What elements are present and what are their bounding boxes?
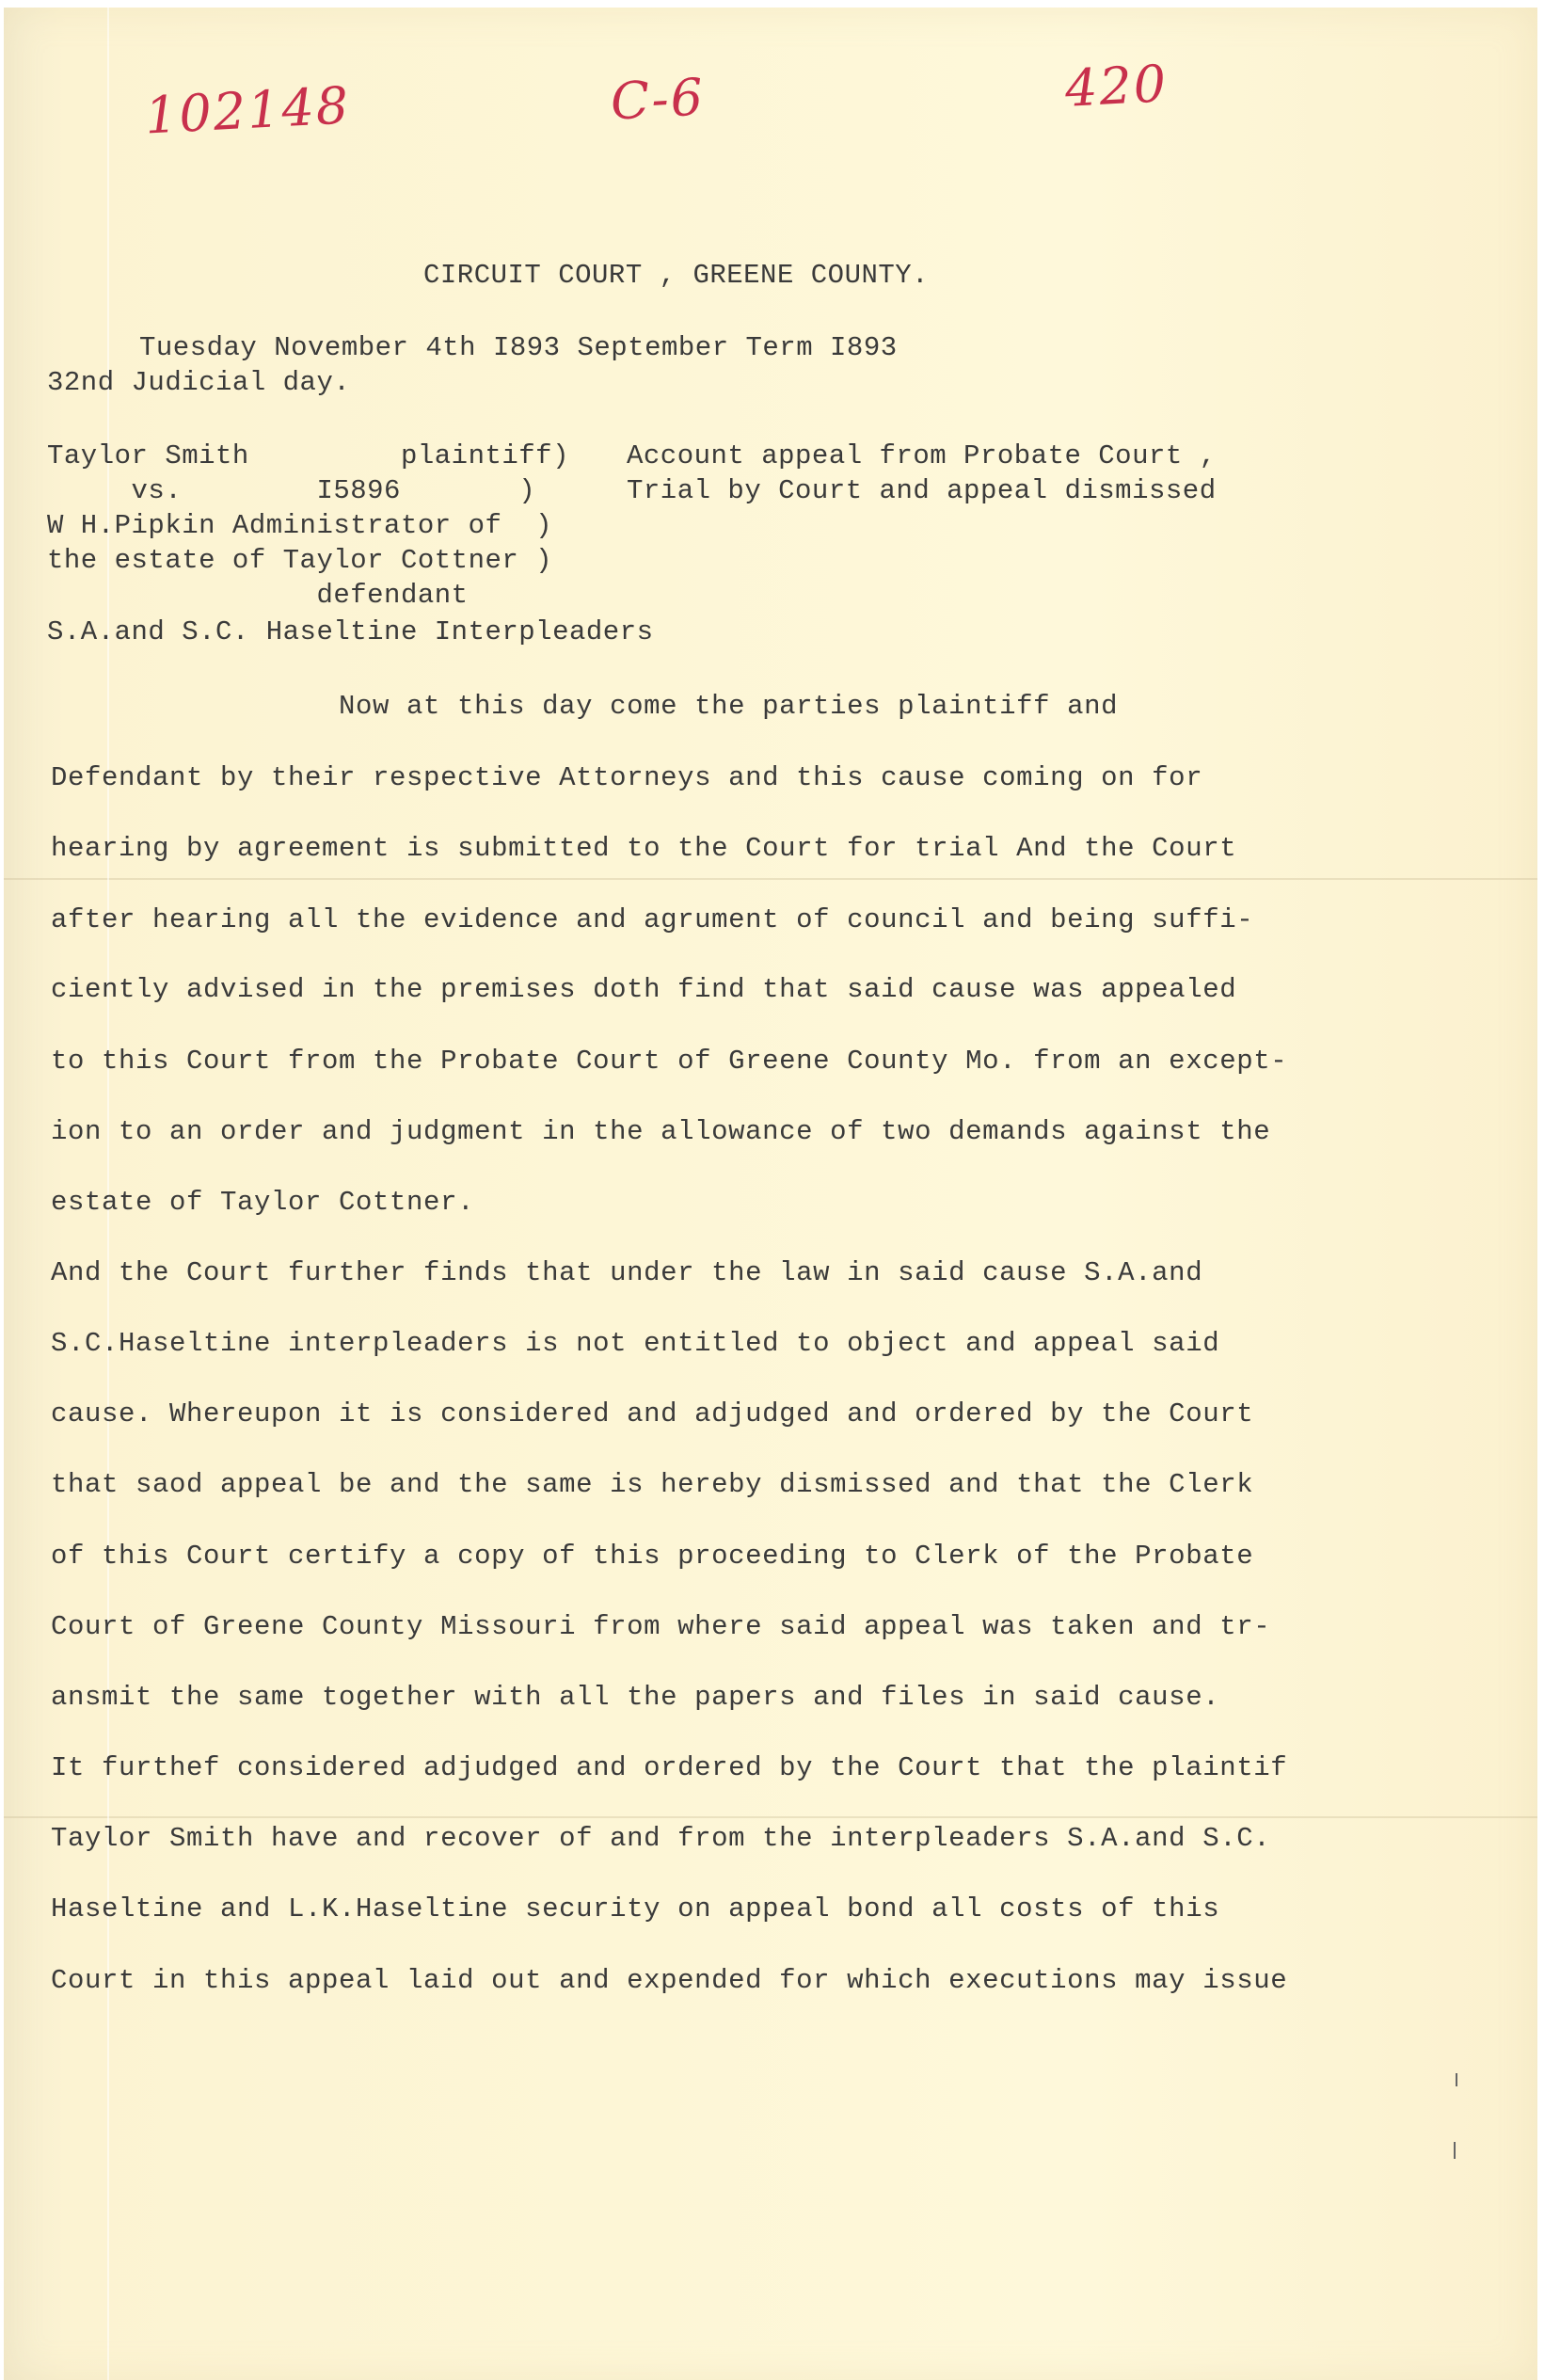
paper-fold-line: [4, 1816, 1537, 1818]
body-line: ion to an order and judgment in the allo…: [51, 1116, 1270, 1147]
body-line: of this Court certify a copy of this pro…: [51, 1541, 1253, 1572]
caption-right-line: Account appeal from Probate Court ,: [627, 440, 1217, 471]
body-line: to this Court from the Probate Court of …: [51, 1046, 1287, 1077]
date-line: Tuesday November 4th I893 September Term…: [139, 332, 898, 363]
court-heading: CIRCUIT COURT , GREENE COUNTY.: [423, 260, 929, 291]
body-line: after hearing all the evidence and agrum…: [51, 904, 1253, 935]
body-line: cause. Whereupon it is considered and ad…: [51, 1398, 1253, 1430]
body-line: ansmit the same together with all the pa…: [51, 1682, 1219, 1713]
paper-fold-line: [4, 878, 1537, 880]
interpleaders-line: S.A.and S.C. Haseltine Interpleaders: [47, 616, 654, 647]
body-line: It furthef considered adjudged and order…: [51, 1752, 1287, 1783]
body-line: Haseltine and L.K.Haseltine security on …: [51, 1893, 1219, 1925]
body-line: hearing by agreement is submitted to the…: [51, 833, 1236, 864]
handwritten-location-code: C-6: [609, 67, 706, 131]
body-line: Taylor Smith have and recover of and fro…: [51, 1823, 1270, 1854]
body-line: Now at this day come the parties plainti…: [51, 691, 1118, 722]
caption-left-line: W H.Pipkin Administrator of ): [47, 510, 552, 541]
judicial-day: 32nd Judicial day.: [47, 367, 350, 398]
body-line: Court in this appeal laid out and expend…: [51, 1965, 1287, 1996]
caption-right-line: Trial by Court and appeal dismissed: [627, 475, 1217, 506]
caption-left-line: the estate of Taylor Cottner ): [47, 545, 552, 576]
body-line: estate of Taylor Cottner.: [51, 1187, 474, 1218]
caption-left-line: vs. I5896 ): [47, 475, 535, 506]
body-line: ciently advised in the premises doth fin…: [51, 974, 1236, 1005]
handwritten-page-ref: 420: [1063, 54, 1169, 119]
stray-mark: [1454, 2142, 1456, 2159]
body-line: And the Court further finds that under t…: [51, 1257, 1202, 1288]
body-line: Court of Greene County Missouri from whe…: [51, 1611, 1270, 1642]
stray-mark: [1456, 2073, 1457, 2086]
body-line: Defendant by their respective Attorneys …: [51, 762, 1202, 793]
caption-left-line: defendant: [47, 580, 469, 611]
document-page: 102148 C-6 420 CIRCUIT COURT , GREENE CO…: [4, 8, 1537, 2380]
handwritten-file-number: 102148: [144, 75, 352, 145]
body-line: S.C.Haseltine interpleaders is not entit…: [51, 1328, 1219, 1359]
body-line: that saod appeal be and the same is here…: [51, 1469, 1253, 1500]
caption-left-line: Taylor Smith plaintiff): [47, 440, 569, 471]
